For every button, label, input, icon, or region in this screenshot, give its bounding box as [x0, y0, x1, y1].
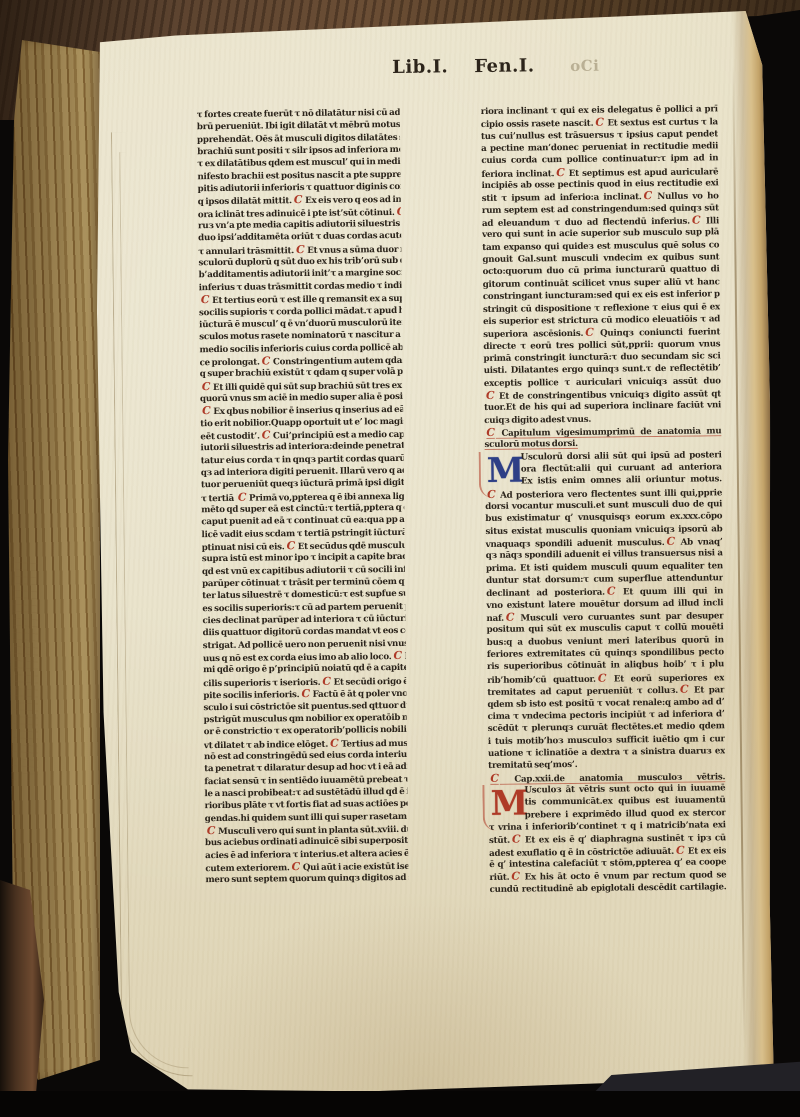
rubric-paraph-icon: C [205, 824, 217, 837]
rubric-paraph-icon: C [504, 611, 516, 624]
running-title-book: Lib.I. [392, 56, 448, 78]
rubric-paraph-icon: C [593, 116, 605, 129]
rubric-paraph-icon: C [596, 671, 608, 684]
rubric-paraph-icon: C [510, 833, 522, 846]
text-column-right: riora inclinant τ qui ex eis delegatus ē… [481, 103, 727, 896]
text-block: MUsculoз āt vētris sunt octo qui in iuua… [488, 782, 725, 822]
rubric-paraph-icon: C [690, 214, 702, 226]
rubric-paraph-icon: C [674, 844, 686, 857]
rubric-paraph-icon: C [299, 687, 311, 700]
rubric-paraph-icon: C [260, 428, 272, 441]
rubric-paraph-icon: C [605, 585, 617, 598]
under-leaf-edge [119, 151, 188, 1069]
fore-edge-curl [732, 5, 778, 1091]
rubric-paraph-icon: C [290, 860, 302, 873]
initial-flourish-icon [479, 451, 496, 497]
rubric-paraph-icon: C [509, 870, 521, 883]
rubric-paraph-icon: C [328, 736, 340, 749]
text-line: cundū rectitudinē ab epiglotali descēdit… [489, 881, 726, 896]
rubric-paraph-icon: C [199, 293, 211, 306]
rubric-paraph-icon: C [484, 426, 496, 439]
rubric-paraph-icon: C [320, 675, 332, 688]
rubric-paraph-icon: C [200, 380, 212, 393]
rubric-paraph-icon: C [554, 166, 566, 179]
rubric-paraph-icon: C [583, 326, 595, 339]
initial-flourish-icon [482, 785, 499, 831]
running-title-fen: Fen.I. [474, 55, 535, 77]
ink-bleedthrough: oCi [570, 57, 599, 75]
chapter-heading: C Capitulum vigesimumprimū de anatomia m… [484, 424, 721, 451]
rubric-paraph-icon: C [678, 683, 690, 696]
text-block: τ vrina i inferiorib’continet τ q i matr… [489, 819, 727, 896]
rubric-paraph-icon: C [236, 490, 248, 503]
running-title: Lib.I. Fen.I. oCi [392, 54, 612, 77]
rubric-paraph-icon: C [284, 539, 296, 552]
text-line: mero sunt septem quorum quinqз digitos a… [205, 872, 408, 887]
book-page: Lib.I. Fen.I. oCi τ fortes create fuerūt… [56, 5, 780, 1099]
text-column-left: τ fortes create fuerūt τ nō dilatātur ni… [197, 107, 409, 887]
rubric-paraph-icon: C [200, 404, 212, 417]
faint-marginalia [12, 560, 38, 780]
rubric-paraph-icon: C [260, 354, 272, 367]
rubric-paraph-icon: C [294, 243, 306, 256]
background-bottom [0, 1091, 800, 1117]
book-photograph: Lib.I. Fen.I. oCi τ fortes create fuerūt… [0, 0, 800, 1117]
rubric-paraph-icon: C [292, 193, 304, 206]
rubric-paraph-icon: C [484, 389, 496, 402]
text-block: MUsculorū dorsi alii sūt qui ipsū ad pos… [485, 449, 722, 489]
rubric-paraph-icon: C [488, 771, 500, 784]
rubric-paraph-icon: C [391, 650, 403, 662]
rubric-paraph-icon: C [395, 206, 401, 218]
rubric-paraph-icon: C [642, 190, 654, 203]
text-block: riora inclinant τ qui ex eis delegatus ē… [481, 103, 722, 427]
text-block: C Ad posteriora vero flectentes sunt ill… [485, 486, 725, 773]
rubric-paraph-icon: C [664, 535, 676, 548]
